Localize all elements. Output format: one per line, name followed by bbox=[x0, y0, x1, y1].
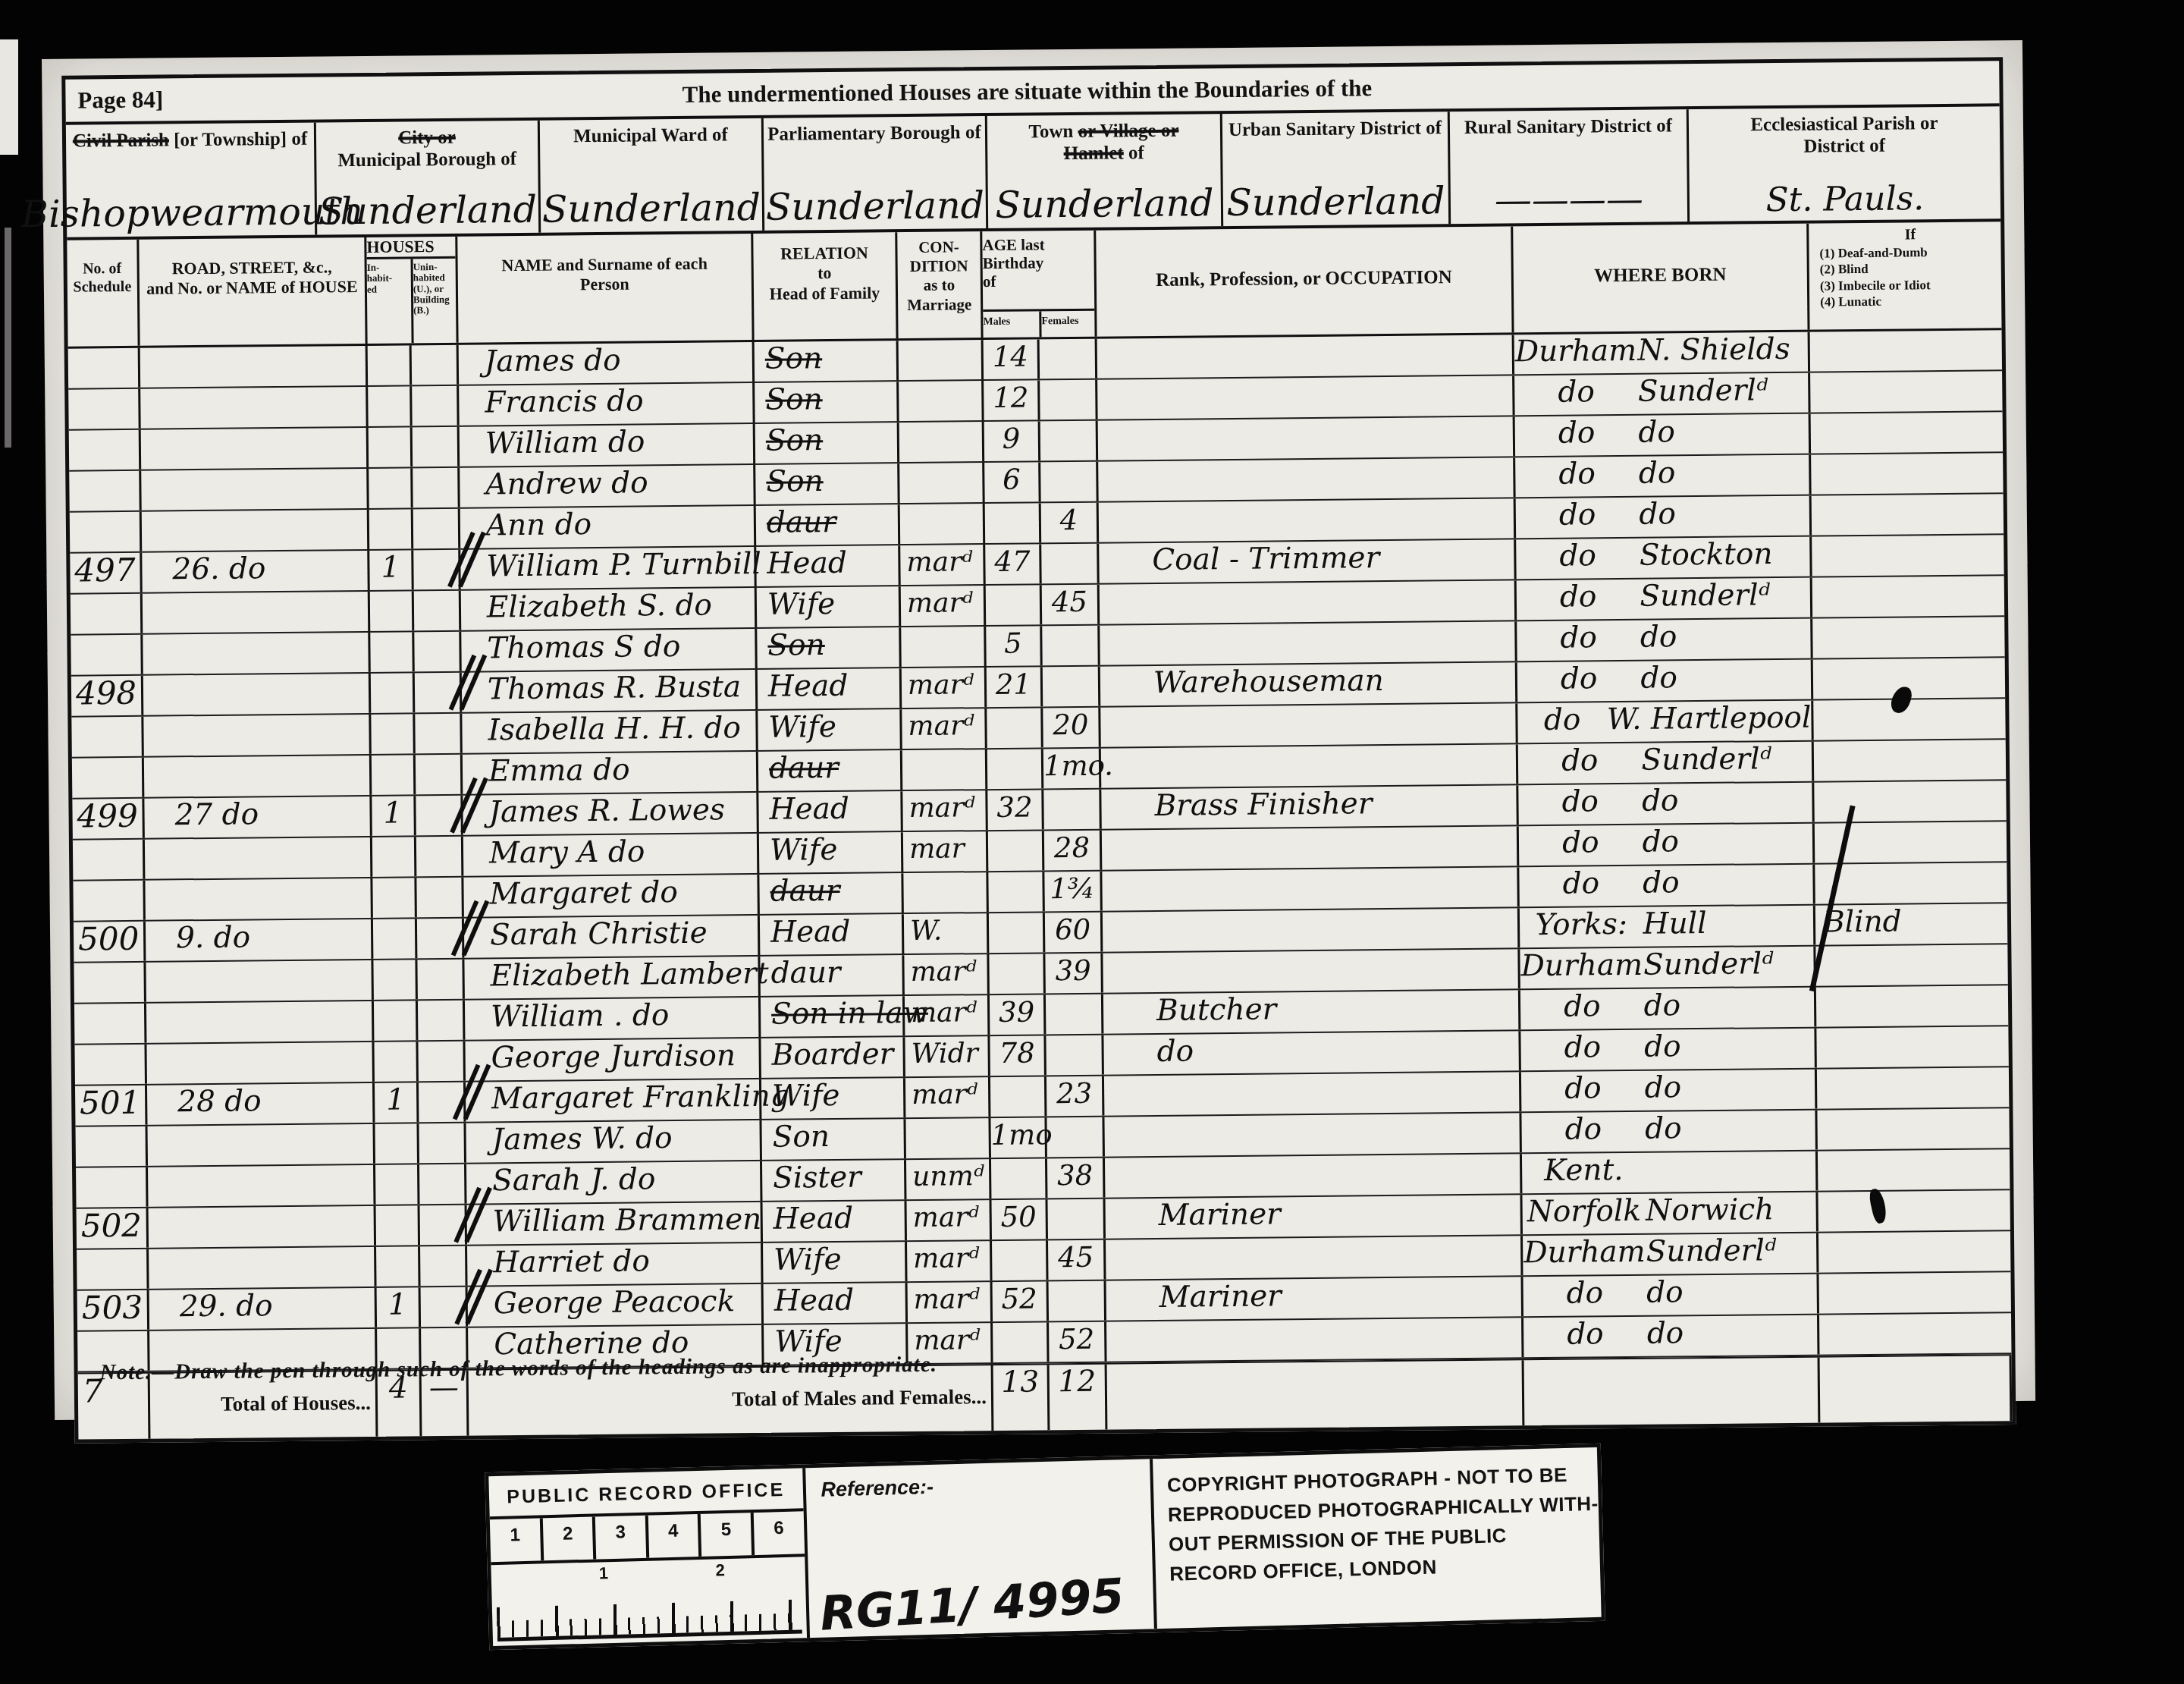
form-title: The undermentioned Houses are situate wi… bbox=[305, 68, 1999, 112]
cell-occupation bbox=[1102, 826, 1519, 869]
cell-age-female: 20 bbox=[1043, 708, 1100, 748]
cell-person-name: Thomas R. Busta bbox=[462, 670, 758, 712]
cell-houses-inhabited bbox=[370, 632, 414, 672]
geo-col-civil-parish: Civil Parish [or Township] of Bishopwear… bbox=[66, 123, 317, 237]
cell-condition bbox=[903, 872, 988, 913]
cell-relation: Son bbox=[755, 382, 899, 423]
cell-infirmity bbox=[1819, 1313, 2011, 1354]
cell-age-male bbox=[991, 1158, 1047, 1199]
cell-relation: Son bbox=[755, 423, 899, 463]
cell-schedule-number bbox=[70, 512, 142, 552]
cell-houses-uninhabited bbox=[413, 468, 460, 508]
cell-age-female: 45 bbox=[1048, 1240, 1106, 1280]
cell-condition: marᵈ bbox=[907, 1200, 992, 1240]
cell-schedule-number bbox=[69, 430, 141, 470]
cell-where-born: doW. Hartlepool bbox=[1517, 701, 1813, 743]
cell-condition: unmᵈ bbox=[906, 1159, 991, 1199]
town-value: Sunderland bbox=[988, 181, 1222, 227]
cell-houses-inhabited bbox=[376, 1205, 420, 1246]
cell-age-male: 5 bbox=[986, 626, 1042, 666]
ruler-ticks bbox=[497, 1599, 802, 1641]
cell-houses-inhabited bbox=[368, 386, 412, 426]
cell-person-name: William P. Turnbill bbox=[460, 547, 756, 589]
cell-condition bbox=[899, 463, 984, 503]
cell-infirmity bbox=[1816, 1026, 2008, 1067]
cell-age-female bbox=[1046, 1035, 1103, 1076]
cell-occupation bbox=[1106, 1318, 1523, 1361]
cell-age-male bbox=[988, 831, 1044, 871]
cell-person-name: Andrew do bbox=[460, 465, 755, 507]
cell-age-female: 39 bbox=[1045, 954, 1103, 994]
cell-age-male bbox=[990, 1076, 1046, 1117]
geo-col-urban-sanitary: Urban Sanitary District of Sunderland bbox=[1222, 112, 1451, 226]
cell-schedule-number bbox=[68, 348, 140, 388]
cell-schedule-number bbox=[71, 717, 143, 757]
cell-infirmity bbox=[1814, 781, 2006, 822]
cell-age-female bbox=[1040, 421, 1098, 461]
cell-relation: Head bbox=[763, 1201, 907, 1242]
cell-schedule-number bbox=[77, 1249, 149, 1290]
cell-person-name: George Jurdison bbox=[465, 1038, 761, 1081]
cell-where-born: dodo bbox=[1523, 1315, 1819, 1358]
cell-road-street bbox=[140, 387, 368, 429]
geo-col-ecclesiastical-parish: Ecclesiastical Parish or District of St.… bbox=[1689, 106, 2000, 221]
cell-occupation: Mariner bbox=[1106, 1277, 1523, 1320]
cell-houses-inhabited bbox=[368, 345, 412, 385]
cell-schedule-number bbox=[73, 840, 145, 880]
cell-infirmity bbox=[1810, 330, 2002, 371]
cell-road-street bbox=[140, 346, 368, 388]
geo-col-parliamentary-borough: Parliamentary Borough of Sunderland bbox=[764, 116, 988, 231]
cell-houses-inhabited bbox=[370, 591, 414, 631]
cell-road-street bbox=[146, 1001, 374, 1043]
cell-where-born: DurhamN. Shields bbox=[1514, 332, 1810, 375]
cell-infirmity bbox=[1815, 944, 2007, 985]
cell-occupation bbox=[1101, 744, 1518, 787]
urban-sanitary-value: Sunderland bbox=[1223, 179, 1449, 225]
cell-occupation bbox=[1106, 1236, 1523, 1279]
cell-condition bbox=[902, 749, 987, 790]
cell-houses-inhabited bbox=[371, 714, 415, 754]
cell-road-street bbox=[146, 960, 373, 1002]
cell-infirmity bbox=[1816, 985, 2008, 1026]
cell-road-street bbox=[143, 715, 371, 756]
cell-person-name: Margaret do bbox=[463, 875, 759, 917]
cell-occupation bbox=[1099, 498, 1516, 542]
geo-col-municipal-ward: Municipal Ward of Sunderland bbox=[540, 118, 764, 233]
cell-occupation bbox=[1098, 416, 1515, 460]
cell-person-name: William Brammen bbox=[467, 1202, 763, 1245]
cell-infirmity bbox=[1817, 1108, 2009, 1149]
cell-schedule-number bbox=[72, 758, 144, 798]
cell-where-born: doSunderlᵈ bbox=[1514, 373, 1810, 416]
cell-road-street bbox=[142, 510, 369, 551]
cell-houses-inhabited bbox=[372, 837, 416, 877]
cell-road-street bbox=[145, 837, 372, 879]
cell-person-name: Elizabeth Lambert bbox=[464, 957, 760, 999]
col-header-houses: HOUSES In- habit- ed Unin- habited (U.),… bbox=[366, 237, 458, 344]
totals-empty-occupation bbox=[1107, 1360, 1525, 1429]
cell-person-name: James W. do bbox=[466, 1120, 761, 1163]
cell-condition: marᵈ bbox=[900, 545, 985, 585]
cell-houses-uninhabited bbox=[416, 837, 463, 877]
cell-condition: marᵈ bbox=[905, 995, 990, 1035]
cell-infirmity bbox=[1811, 453, 2003, 494]
cell-where-born: dodo bbox=[1523, 1274, 1818, 1317]
cell-infirmity bbox=[1818, 1149, 2010, 1190]
cell-occupation bbox=[1104, 1113, 1521, 1156]
cell-houses-uninhabited bbox=[420, 1246, 467, 1287]
cell-where-born: Kent. bbox=[1522, 1151, 1818, 1194]
cell-where-born: dodo bbox=[1521, 1111, 1817, 1153]
cell-where-born: dodo bbox=[1521, 1070, 1817, 1112]
cell-occupation: Brass Finisher bbox=[1101, 785, 1518, 828]
cell-relation: Head bbox=[760, 914, 904, 955]
cell-road-street bbox=[143, 633, 370, 674]
cell-relation: Son in law bbox=[761, 996, 905, 1037]
cell-where-born: dodo bbox=[1517, 660, 1813, 702]
cell-age-male bbox=[993, 1322, 1049, 1362]
cell-person-name: Elizabeth S. do bbox=[461, 588, 757, 630]
cell-schedule-number: 500 bbox=[74, 922, 146, 962]
stamp-ruler: 1 2 bbox=[491, 1557, 806, 1646]
cell-relation: Head bbox=[764, 1283, 908, 1324]
cell-age-female bbox=[1046, 1117, 1104, 1158]
cell-age-male bbox=[987, 708, 1043, 748]
cell-relation: Head bbox=[756, 545, 900, 586]
cell-relation: daur bbox=[758, 750, 902, 791]
cell-age-male: 21 bbox=[987, 667, 1043, 707]
cell-where-born: Yorks:Hull bbox=[1520, 906, 1815, 948]
cell-houses-inhabited: 1 bbox=[372, 796, 416, 836]
cell-road-street bbox=[146, 1042, 374, 1084]
cell-infirmity bbox=[1818, 1190, 2010, 1231]
cell-schedule-number: 503 bbox=[77, 1290, 149, 1331]
cell-occupation: Warehouseman bbox=[1100, 662, 1517, 705]
stamp-copyright-section: COPYRIGHT PHOTOGRAPH - NOT TO BE REPRODU… bbox=[1150, 1447, 1602, 1629]
cell-occupation: do bbox=[1103, 1031, 1520, 1074]
rural-sanitary-value: ———— bbox=[1451, 177, 1688, 222]
col-header-uninhabited: Unin- habited (U.), or Building (B.) bbox=[413, 259, 457, 344]
cell-age-female bbox=[1040, 339, 1097, 379]
cell-road-street: 26. do bbox=[142, 551, 369, 592]
cell-houses-uninhabited bbox=[418, 1001, 465, 1041]
cell-houses-inhabited: 1 bbox=[377, 1287, 421, 1327]
cell-where-born: dodo bbox=[1515, 414, 1811, 457]
cell-relation: Son bbox=[761, 1119, 905, 1160]
cell-condition bbox=[899, 422, 984, 462]
totals-empty-infirmity bbox=[1820, 1356, 2013, 1422]
cell-houses-inhabited: 1 bbox=[375, 1082, 419, 1123]
cell-age-male bbox=[989, 954, 1045, 994]
cell-age-male bbox=[987, 749, 1043, 789]
cell-person-name: James R. Lowes bbox=[463, 793, 758, 835]
cell-road-street: 27 do bbox=[144, 796, 372, 838]
public-record-office-stamp: PUBLIC RECORD OFFICE 1 2 3 4 5 6 1 2 Ref… bbox=[485, 1444, 1605, 1650]
cell-person-name: Margaret Frankling bbox=[466, 1079, 761, 1122]
cell-houses-inhabited bbox=[375, 1123, 419, 1164]
cell-where-born: doSunderlᵈ bbox=[1517, 578, 1812, 621]
cell-infirmity bbox=[1818, 1231, 2010, 1272]
cell-houses-uninhabited bbox=[415, 714, 462, 754]
cell-houses-inhabited bbox=[373, 919, 417, 959]
cell-age-male: 9 bbox=[984, 421, 1040, 461]
cell-condition: W. bbox=[904, 913, 989, 954]
cell-where-born: dodo bbox=[1517, 619, 1812, 661]
cell-occupation bbox=[1100, 703, 1517, 746]
cell-relation: Son bbox=[755, 463, 899, 504]
cell-age-male: 1mo bbox=[990, 1117, 1046, 1158]
cell-age-female bbox=[1049, 1281, 1106, 1321]
cell-person-name: James do bbox=[459, 342, 755, 385]
cell-occupation: Mariner bbox=[1105, 1195, 1522, 1238]
total-males-value: 13 bbox=[993, 1365, 1050, 1431]
cell-age-female: 23 bbox=[1046, 1076, 1104, 1117]
cell-relation: Son bbox=[755, 341, 899, 382]
cell-road-street bbox=[148, 1124, 375, 1166]
cell-relation: Head bbox=[758, 668, 902, 709]
cell-where-born: dodo bbox=[1519, 865, 1815, 907]
cell-where-born: dodo bbox=[1515, 455, 1811, 498]
cell-occupation bbox=[1097, 375, 1514, 419]
cell-road-street: 28 do bbox=[147, 1083, 375, 1125]
cell-occupation bbox=[1105, 1154, 1522, 1197]
cell-schedule-number bbox=[76, 1167, 148, 1208]
cell-road-street bbox=[141, 469, 369, 511]
cell-age-female bbox=[1043, 667, 1100, 707]
cell-schedule-number bbox=[74, 1004, 146, 1044]
cell-houses-inhabited bbox=[372, 878, 416, 918]
cell-age-male: 52 bbox=[993, 1281, 1049, 1321]
cell-where-born: NorfolkNorwich bbox=[1522, 1192, 1818, 1235]
cell-schedule-number bbox=[68, 389, 140, 429]
cell-person-name: Mary A do bbox=[463, 834, 759, 876]
cell-occupation bbox=[1102, 867, 1519, 910]
cell-person-name: William . do bbox=[465, 998, 761, 1040]
cell-where-born: DurhamSunderlᵈ bbox=[1523, 1233, 1818, 1276]
cell-infirmity bbox=[1813, 699, 2005, 740]
cell-age-male bbox=[985, 503, 1041, 543]
cell-infirmity bbox=[1815, 862, 2007, 903]
cell-occupation bbox=[1104, 1072, 1521, 1115]
cell-person-name: William do bbox=[460, 424, 755, 467]
cell-infirmity bbox=[1812, 576, 2004, 617]
cell-occupation bbox=[1100, 621, 1517, 664]
cell-schedule-number: 497 bbox=[70, 553, 142, 593]
cell-age-male: 32 bbox=[987, 790, 1043, 830]
cell-occupation bbox=[1097, 335, 1514, 378]
cell-road-street: 9. do bbox=[146, 919, 373, 961]
cell-houses-uninhabited bbox=[418, 1042, 465, 1082]
cell-houses-uninhabited bbox=[413, 509, 460, 549]
table-column-headers: No. of Schedule ROAD, STREET, &c., and N… bbox=[67, 221, 2001, 348]
cell-road-street bbox=[149, 1247, 376, 1289]
cell-road-street bbox=[145, 878, 372, 920]
cell-age-male bbox=[988, 872, 1044, 912]
census-page-paper: Page 84] The undermentioned Houses are s… bbox=[42, 40, 2035, 1420]
cell-condition bbox=[900, 504, 985, 544]
cell-infirmity: Blind bbox=[1815, 903, 2007, 944]
cell-houses-inhabited bbox=[374, 1001, 418, 1041]
cell-age-female bbox=[1046, 994, 1103, 1035]
cell-houses-uninhabited bbox=[416, 755, 463, 795]
cell-road-street bbox=[148, 1165, 375, 1207]
cell-infirmity bbox=[1810, 371, 2002, 412]
cell-age-female bbox=[1040, 380, 1097, 420]
cell-relation: Head bbox=[758, 791, 902, 832]
cell-houses-inhabited bbox=[375, 1164, 419, 1205]
cell-person-name: Francis do bbox=[459, 383, 755, 426]
cell-road-street bbox=[149, 1206, 376, 1248]
cell-houses-uninhabited bbox=[412, 345, 459, 385]
cell-infirmity bbox=[1812, 535, 2004, 576]
cell-where-born: dodo bbox=[1516, 496, 1812, 539]
cell-occupation bbox=[1098, 457, 1515, 501]
cell-age-male bbox=[989, 913, 1045, 953]
cell-relation: Wife bbox=[763, 1242, 907, 1283]
census-form: Page 84] The undermentioned Houses are s… bbox=[61, 57, 2016, 1443]
cell-houses-inhabited bbox=[369, 427, 413, 467]
totals-empty-born bbox=[1524, 1358, 1821, 1426]
cell-age-male: 47 bbox=[985, 544, 1041, 584]
struck-text: City or bbox=[398, 127, 456, 149]
cell-condition: marᵈ bbox=[907, 1241, 992, 1281]
col-header-females: Females bbox=[1041, 311, 1094, 338]
cell-schedule-number bbox=[74, 1045, 146, 1085]
cell-houses-inhabited bbox=[372, 755, 416, 795]
cell-age-female: 38 bbox=[1047, 1158, 1105, 1199]
cell-infirmity bbox=[1815, 822, 2007, 862]
cell-condition bbox=[899, 381, 984, 421]
col-header-relation: RELATION to Head of Family bbox=[753, 232, 898, 340]
municipal-ward-value: Sunderland bbox=[541, 186, 763, 231]
col-header-age: AGE last Birthday of Males Females bbox=[982, 231, 1097, 338]
civil-parish-value: Bishopwearmouth bbox=[21, 190, 315, 237]
cell-occupation bbox=[1100, 580, 1517, 624]
cell-schedule-number: 498 bbox=[71, 676, 143, 716]
cell-road-street bbox=[143, 674, 371, 715]
cell-schedule-number bbox=[71, 635, 143, 675]
cell-age-male: 50 bbox=[991, 1199, 1047, 1239]
cell-road-street: 29. do bbox=[149, 1288, 377, 1330]
cell-houses-uninhabited bbox=[419, 1164, 466, 1205]
cell-age-male: 78 bbox=[990, 1035, 1046, 1076]
cell-schedule-number bbox=[76, 1126, 148, 1167]
struck-text: Civil Parish bbox=[73, 130, 169, 151]
struck-text: Hamlet bbox=[1064, 143, 1124, 164]
geo-col-town-village: Town or Village orHamlet of Sunderland bbox=[987, 114, 1223, 228]
geo-col-municipal-borough: City orMunicipal Borough of Sunderland bbox=[316, 121, 541, 235]
cell-age-male bbox=[992, 1240, 1048, 1280]
col-header-road: ROAD, STREET, &c., and No. or NAME of HO… bbox=[139, 237, 367, 346]
cell-condition: marᵈ bbox=[902, 668, 987, 708]
cell-age-male: 6 bbox=[984, 462, 1040, 502]
cell-infirmity bbox=[1812, 617, 2004, 658]
cell-houses-uninhabited bbox=[412, 386, 459, 426]
cell-road-street bbox=[141, 428, 369, 470]
cell-houses-inhabited bbox=[376, 1246, 420, 1287]
col-header-condition: CON- DITION as to Marriage bbox=[897, 231, 983, 338]
cell-condition: marᵈ bbox=[901, 586, 986, 626]
cell-person-name: Isabella H. H. do bbox=[462, 711, 758, 753]
cell-relation: Wife bbox=[759, 832, 903, 873]
municipal-borough-value: Sunderland bbox=[317, 188, 539, 234]
cell-age-male bbox=[986, 585, 1042, 625]
cell-condition bbox=[899, 340, 984, 380]
col-header-inhabited: In- habit- ed bbox=[367, 259, 414, 344]
cell-condition: marᵈ bbox=[905, 1077, 990, 1117]
cell-where-born: dodo bbox=[1518, 783, 1814, 825]
col-header-where-born: WHERE BORN bbox=[1513, 224, 1809, 333]
cell-age-male: 39 bbox=[990, 994, 1046, 1035]
cell-person-name: Harriet do bbox=[467, 1243, 763, 1286]
cell-infirmity bbox=[1818, 1272, 2010, 1313]
film-edge-artifact bbox=[5, 228, 11, 448]
cell-relation: Wife bbox=[757, 586, 901, 627]
cell-houses-uninhabited bbox=[413, 427, 460, 467]
col-header-infirmity: If (1) Deaf-and-Dumb (2) Blind (3) Imbec… bbox=[1809, 221, 2001, 329]
cell-houses-inhabited bbox=[369, 468, 413, 508]
cell-age-female bbox=[1043, 790, 1101, 830]
cell-condition: mar bbox=[903, 831, 988, 872]
cell-houses-uninhabited bbox=[414, 632, 461, 672]
cell-where-born: dodo bbox=[1520, 1029, 1816, 1071]
cell-houses-uninhabited bbox=[419, 1123, 466, 1164]
cell-condition bbox=[905, 1118, 990, 1158]
cell-age-female bbox=[1041, 544, 1099, 584]
cell-houses-inhabited bbox=[369, 509, 413, 549]
cell-occupation: Coal - Trimmer bbox=[1099, 539, 1516, 583]
cell-houses-inhabited bbox=[371, 673, 415, 713]
reference-label: Reference:- bbox=[821, 1475, 934, 1502]
cell-relation: Wife bbox=[761, 1078, 905, 1119]
stamp-scale-boxes: 1 2 3 4 5 6 bbox=[490, 1511, 805, 1565]
page-number: Page 84] bbox=[65, 85, 305, 115]
cell-person-name: Ann do bbox=[460, 506, 756, 548]
cell-houses-inhabited bbox=[374, 1042, 418, 1082]
cell-person-name: Thomas S do bbox=[461, 629, 757, 671]
cell-relation: Son bbox=[757, 627, 901, 668]
cell-schedule-number bbox=[71, 594, 143, 634]
cell-infirmity bbox=[1814, 740, 2006, 781]
cell-condition: marᵈ bbox=[902, 790, 987, 831]
cell-infirmity bbox=[1811, 412, 2003, 453]
cell-schedule-number bbox=[69, 471, 141, 511]
cell-schedule-number bbox=[73, 881, 145, 921]
cell-person-name: Sarah Christie bbox=[464, 916, 760, 958]
cell-relation: Sister bbox=[762, 1160, 906, 1201]
film-edge-artifact bbox=[0, 39, 18, 155]
cell-age-female: 1¾ bbox=[1044, 872, 1102, 912]
cell-houses-uninhabited bbox=[417, 960, 464, 1000]
total-females-value: 12 bbox=[1050, 1365, 1108, 1431]
cell-age-female: 52 bbox=[1049, 1322, 1106, 1362]
cell-relation: daur bbox=[760, 955, 904, 996]
table-body: James do Son 14 DurhamN. Shields Francis… bbox=[68, 330, 2012, 1372]
cell-age-female: 45 bbox=[1042, 585, 1100, 625]
cell-age-female: 1mo. bbox=[1043, 749, 1101, 789]
cell-age-female: 4 bbox=[1041, 503, 1099, 543]
stamp-scale-section: PUBLIC RECORD OFFICE 1 2 3 4 5 6 1 2 bbox=[488, 1468, 809, 1646]
cell-condition: marᵈ bbox=[902, 708, 987, 749]
cell-age-male: 14 bbox=[984, 339, 1040, 379]
cell-road-street bbox=[143, 592, 370, 633]
cell-age-female bbox=[1040, 462, 1098, 502]
cell-schedule-number: 502 bbox=[77, 1208, 149, 1249]
cell-houses-uninhabited bbox=[416, 878, 463, 918]
ecclesiastical-parish-value: St. Pauls. bbox=[1690, 178, 2000, 220]
col-header-schedule: No. of Schedule bbox=[67, 240, 140, 347]
